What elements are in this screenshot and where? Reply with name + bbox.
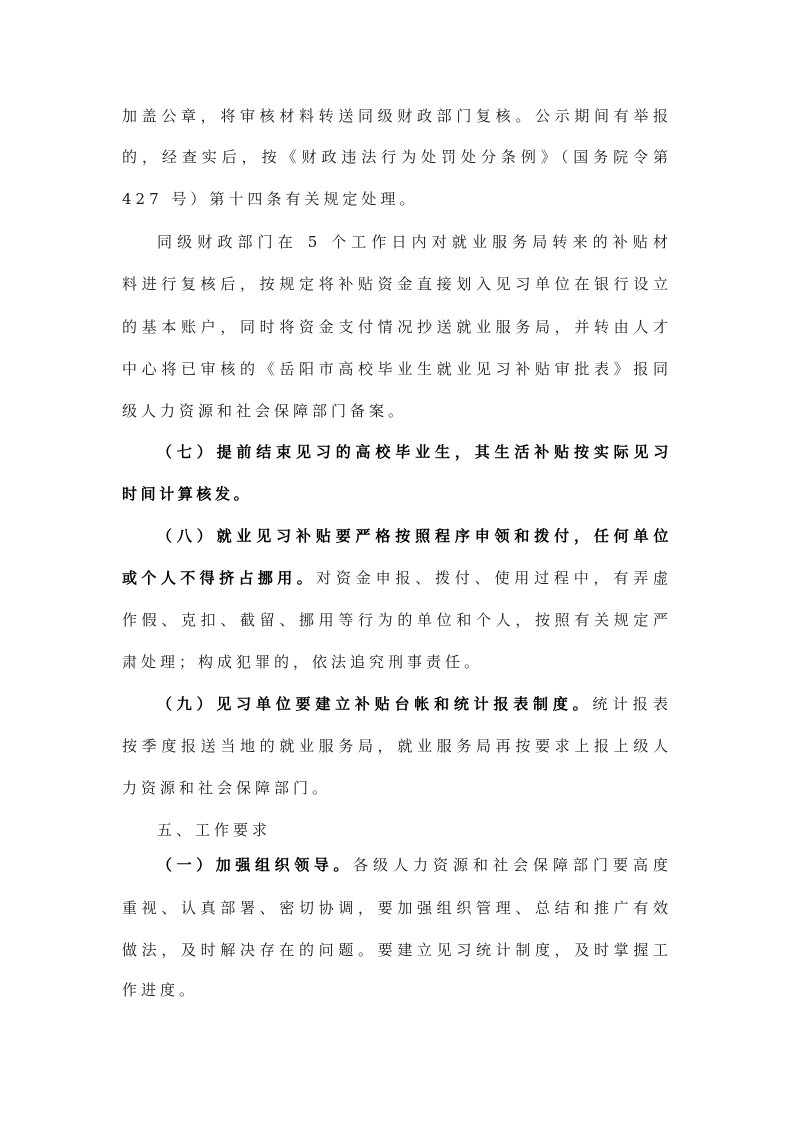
bold-text-segment: （一）加强组织领导。: [157, 856, 353, 874]
text-line: 作假、克扣、截留、挪用等行为的单位和个人，按照有关规定严: [122, 599, 672, 641]
text-line: 加盖公章，将审核材料转送同级财政部门复核。公示期间有举报: [122, 95, 672, 137]
text-segment: 料进行复核后，按规定将补贴资金直接划入见习单位在银行设立: [122, 275, 672, 293]
bold-text-segment: 时间计算核发。: [122, 485, 252, 503]
text-line: （八）就业见习补贴要严格按照程序申领和拨付，任何单位: [157, 515, 672, 557]
text-segment: 统计报表: [592, 695, 672, 713]
text-segment: 肃处理；构成犯罪的，依法追究刑事责任。: [122, 653, 483, 671]
text-line: 时间计算核发。: [122, 473, 672, 515]
text-segment: 427 号）第十四条有关规定处理。: [122, 190, 418, 208]
text-segment: 同级财政部门在 5 个工作日内对就业服务局转来的补贴材: [157, 233, 672, 251]
text-segment: 中心将已审核的《岳阳市高校毕业生就业见习补贴审批表》报同: [122, 360, 672, 378]
text-line: 重视、认真部署、密切协调，要加强组织管理、总结和推广有效: [122, 887, 672, 929]
text-line: 427 号）第十四条有关规定处理。: [122, 178, 672, 220]
text-segment: 的，经查实后，按《财政违法行为处罚处分条例》（国务院令第: [122, 148, 672, 166]
bold-text-segment: （八）就业见习补贴要严格按照程序申领和拨付，任何单位: [157, 527, 672, 545]
bold-text-segment: （七）提前结束见习的高校毕业生，其生活补贴按实际见习: [157, 443, 672, 461]
text-line: 同级财政部门在 5 个工作日内对就业服务局转来的补贴材: [157, 221, 672, 263]
text-line: （七）提前结束见习的高校毕业生，其生活补贴按实际见习: [157, 431, 672, 473]
text-line: 料进行复核后，按规定将补贴资金直接划入见习单位在银行设立: [122, 263, 672, 305]
text-line: 的基本账户，同时将资金支付情况抄送就业服务局，并转由人才: [122, 306, 672, 348]
text-segment: 级人力资源和社会保障部门备案。: [122, 402, 407, 420]
text-segment: 作进度。: [122, 981, 198, 999]
text-segment: 重视、认真部署、密切协调，要加强组织管理、总结和推广有效: [122, 899, 672, 917]
text-segment: 加盖公章，将审核材料转送同级财政部门复核。公示期间有举报: [122, 107, 672, 125]
text-line: 肃处理；构成犯罪的，依法追究刑事责任。: [122, 641, 672, 683]
text-segment: 按季度报送当地的就业服务局，就业服务局再按要求上报上级人: [122, 737, 672, 755]
text-line: （一）加强组织领导。各级人力资源和社会保障部门要高度: [157, 844, 672, 886]
heading-text: 五、工作要求: [157, 821, 271, 839]
text-line: 的，经查实后，按《财政违法行为处罚处分条例》（国务院令第: [122, 136, 672, 178]
text-line: 作进度。: [122, 969, 672, 1011]
text-line: 力资源和社会保障部门。: [122, 767, 672, 809]
document-page: 加盖公章，将审核材料转送同级财政部门复核。公示期间有举报 的，经查实后，按《财政…: [0, 0, 793, 1122]
text-segment: 各级人力资源和社会保障部门要高度: [353, 856, 672, 874]
text-segment: 的基本账户，同时将资金支付情况抄送就业服务局，并转由人才: [122, 318, 672, 336]
bold-text-segment: 或个人不得挤占挪用。: [122, 569, 316, 587]
text-segment: 做法，及时解决存在的问题。要建立见习统计制度，及时掌握工: [122, 941, 672, 959]
text-segment: 对资金申报、拨付、使用过程中，有弄虚: [316, 569, 672, 587]
bold-text-segment: （九）见习单位要建立补贴台帐和统计报表制度。: [157, 695, 592, 713]
text-segment: 作假、克扣、截留、挪用等行为的单位和个人，按照有关规定严: [122, 611, 672, 629]
text-line: 级人力资源和社会保障部门备案。: [122, 390, 672, 432]
text-segment: 力资源和社会保障部门。: [122, 779, 331, 797]
text-line: 或个人不得挤占挪用。对资金申报、拨付、使用过程中，有弄虚: [122, 557, 672, 599]
text-line: 中心将已审核的《岳阳市高校毕业生就业见习补贴审批表》报同: [122, 348, 672, 390]
text-line: 按季度报送当地的就业服务局，就业服务局再按要求上报上级人: [122, 725, 672, 767]
text-line: （九）见习单位要建立补贴台帐和统计报表制度。统计报表: [157, 683, 672, 725]
text-line: 做法，及时解决存在的问题。要建立见习统计制度，及时掌握工: [122, 929, 672, 971]
